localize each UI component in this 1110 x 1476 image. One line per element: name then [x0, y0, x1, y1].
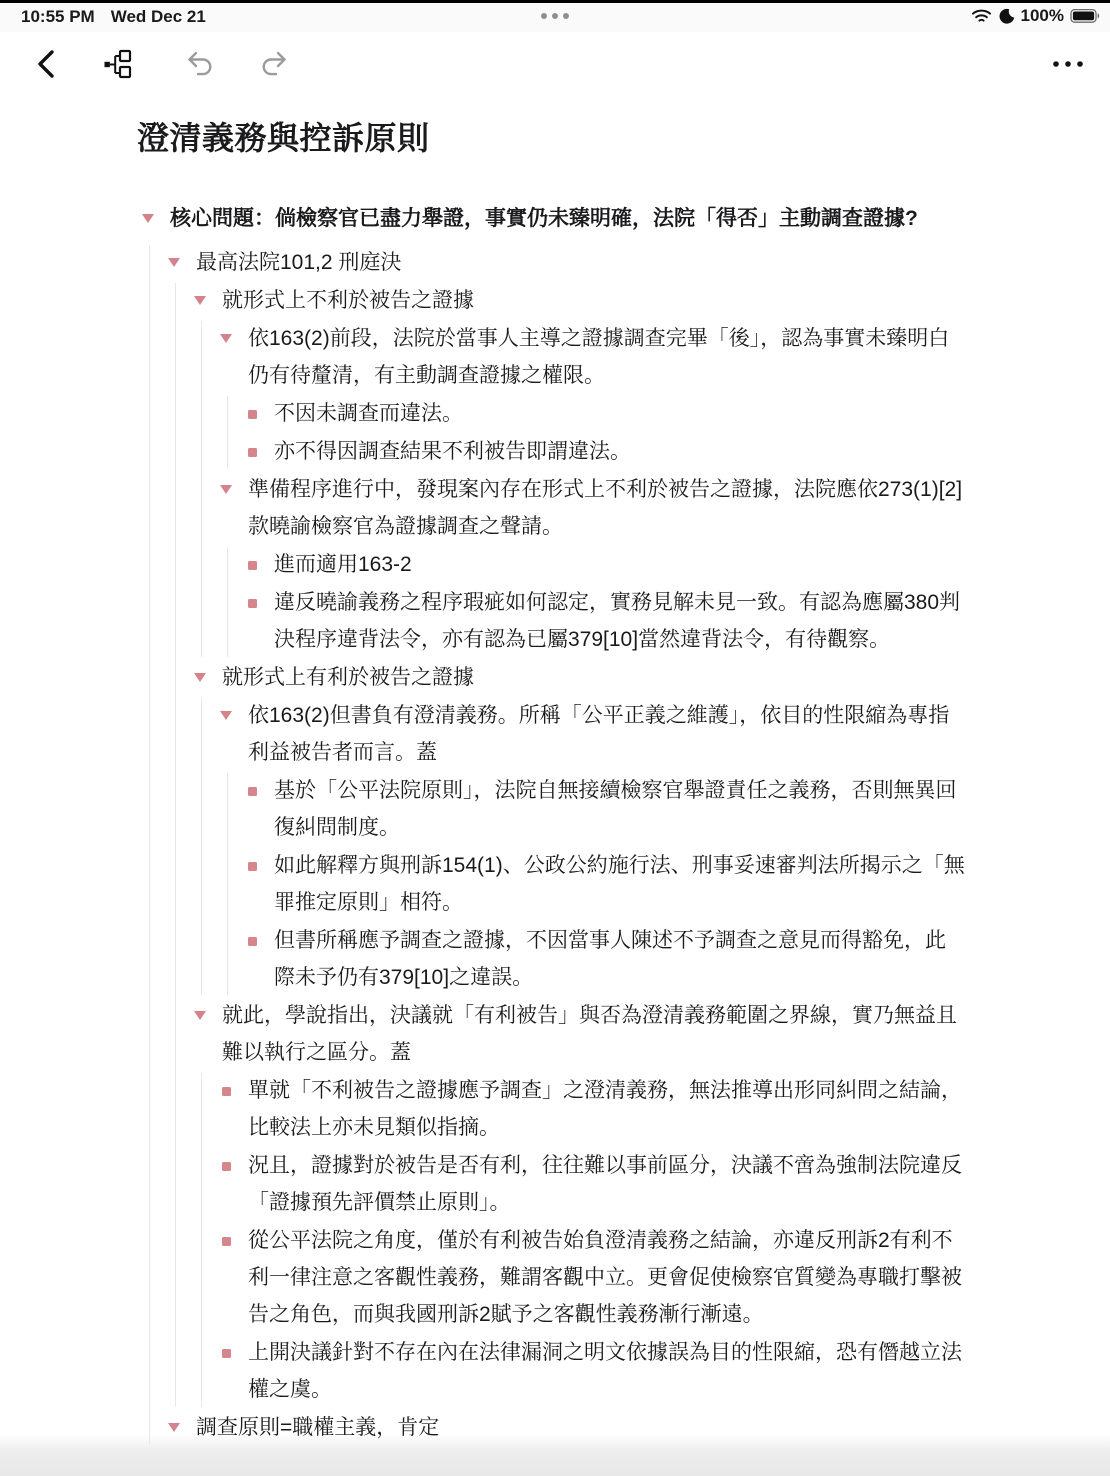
- outline-row[interactable]: 就形式上有利於被告之證據: [0, 659, 1110, 696]
- outline-children-group: 基於「公平法院原則」，法院自無接續檢察官舉證責任之義務，否則無異回復糾問制度。如…: [0, 772, 1110, 996]
- outline-row[interactable]: 就此，學說指出，決議就「有利被告」與否為澄清義務範圍之界線，實乃無益且難以執行之…: [0, 997, 1110, 1071]
- battery-icon: [1070, 8, 1101, 24]
- more-options-button[interactable]: [1048, 44, 1088, 84]
- outline-row[interactable]: 準備程序進行中，發現案內存在形式上不利於被告之證據，法院應依273(1)[2]款…: [0, 471, 1110, 545]
- disclosure-triangle-icon[interactable]: [220, 471, 234, 508]
- outline-row[interactable]: 不因未調查而違法。: [0, 395, 1110, 432]
- outline-row[interactable]: 基於「公平法院原則」，法院自無接續檢察官舉證責任之義務，否則無異回復糾問制度。: [0, 772, 1110, 846]
- disclosure-triangle-icon[interactable]: [194, 997, 208, 1034]
- status-bar: 10:55 PM Wed Dec 21 100%: [0, 0, 1110, 32]
- bullet-square-icon[interactable]: [246, 922, 260, 959]
- page-title[interactable]: 澄清義務與控訴原則: [137, 116, 965, 160]
- more-ellipsis-icon: [1051, 59, 1085, 69]
- outline-row[interactable]: 依163(2)前段，法院於當事人主導之證據調查完畢「後」，認為事實未臻明白仍有待…: [0, 320, 1110, 394]
- bullet-square-icon[interactable]: [220, 1147, 234, 1184]
- outline-children-group: 進而適用163-2違反曉諭義務之程序瑕疵如何認定，實務見解未見一致。有認為應屬3…: [0, 546, 1110, 658]
- outline: 核心問題：倘檢察官已盡力舉證，事實仍未臻明確，法院「得否」主動調查證據?最高法院…: [0, 200, 1110, 1446]
- disclosure-triangle-icon[interactable]: [194, 282, 208, 319]
- outline-row[interactable]: 核心問題：倘檢察官已盡力舉證，事實仍未臻明確，法院「得否」主動調查證據?: [0, 200, 1110, 237]
- outline-row[interactable]: 單就「不利被告之證據應予調查」之澄清義務，無法推導出形同糾問之結論，比較法上亦未…: [0, 1072, 1110, 1146]
- undo-button[interactable]: [180, 44, 220, 84]
- bullet-square-icon[interactable]: [246, 772, 260, 809]
- multitask-dots-icon[interactable]: [0, 13, 1110, 19]
- redo-icon: [259, 50, 289, 78]
- outline-row[interactable]: 況且，證據對於被告是否有利，往往難以事前區分，決議不啻為強制法院違反「證據預先評…: [0, 1147, 1110, 1221]
- outline-row[interactable]: 最高法院101,2 刑庭決: [0, 244, 1110, 281]
- disclosure-triangle-icon[interactable]: [168, 244, 182, 281]
- outline-item-text: 從公平法院之角度，僅於有利被告始負澄清義務之結論，亦違反刑訴2有利不利一律注意之…: [248, 1229, 962, 1326]
- bullet-square-icon[interactable]: [220, 1222, 234, 1259]
- outliner-app: 10:55 PM Wed Dec 21 100%: [0, 0, 1110, 1476]
- outline-row[interactable]: 從公平法院之角度，僅於有利被告始負澄清義務之結論，亦違反刑訴2有利不利一律注意之…: [0, 1222, 1110, 1333]
- outline-row[interactable]: 就形式上不利於被告之證據: [0, 282, 1110, 319]
- outline-item-text: 進而適用163-2: [274, 553, 412, 576]
- outline-children-group: 就形式上不利於被告之證據依163(2)前段，法院於當事人主導之證據調查完畢「後」…: [0, 282, 1110, 1408]
- outline-item-text: 就形式上有利於被告之證據: [222, 666, 474, 689]
- outline-item-text: 就形式上不利於被告之證據: [222, 289, 474, 312]
- bullet-square-icon[interactable]: [246, 546, 260, 583]
- outline-structure-icon: [103, 49, 133, 79]
- disclosure-triangle-icon[interactable]: [194, 659, 208, 696]
- outline-row[interactable]: 亦不得因調查結果不利被告即謂違法。: [0, 433, 1110, 470]
- outline-item-text: 準備程序進行中，發現案內存在形式上不利於被告之證據，法院應依273(1)[2]款…: [248, 478, 962, 538]
- bullet-square-icon[interactable]: [246, 395, 260, 432]
- disclosure-triangle-icon[interactable]: [142, 200, 156, 237]
- outline-row[interactable]: 進而適用163-2: [0, 546, 1110, 583]
- disclosure-triangle-icon[interactable]: [168, 1409, 182, 1446]
- outline-item-text: 如此解釋方與刑訴154(1)、公政公約施行法、刑事妥速審判法所揭示之「無罪推定原…: [274, 854, 965, 914]
- outline-row[interactable]: 違反曉諭義務之程序瑕疵如何認定，實務見解未見一致。有認為應屬380判決程序違背法…: [0, 584, 1110, 658]
- disclosure-triangle-icon[interactable]: [220, 697, 234, 734]
- battery-percent: 100%: [1021, 6, 1064, 26]
- outline-item-text: 上開決議針對不存在內在法律漏洞之明文依據誤為目的性限縮，恐有僭越立法權之虞。: [248, 1341, 962, 1401]
- outline-item-text: 亦不得因調查結果不利被告即謂違法。: [274, 440, 631, 463]
- bullet-square-icon[interactable]: [246, 847, 260, 884]
- outline-item-text: 最高法院101,2 刑庭決: [196, 251, 401, 274]
- outline-row[interactable]: 如此解釋方與刑訴154(1)、公政公約施行法、刑事妥速審判法所揭示之「無罪推定原…: [0, 847, 1110, 921]
- disclosure-triangle-icon[interactable]: [220, 320, 234, 357]
- outline-row[interactable]: 調查原則=職權主義，肯定: [0, 1409, 1110, 1446]
- outline-children-group: 單就「不利被告之證據應予調查」之澄清義務，無法推導出形同糾問之結論，比較法上亦未…: [0, 1072, 1110, 1408]
- outline-item-text: 基於「公平法院原則」，法院自無接續檢察官舉證責任之義務，否則無異回復糾問制度。: [274, 779, 957, 839]
- outline-item-text: 就此，學說指出，決議就「有利被告」與否為澄清義務範圍之界線，實乃無益且難以執行之…: [222, 1004, 957, 1064]
- bullet-square-icon[interactable]: [220, 1072, 234, 1109]
- bullet-square-icon[interactable]: [246, 433, 260, 470]
- undo-icon: [185, 50, 215, 78]
- outline-row[interactable]: 但書所稱應予調查之證據，不因當事人陳述不予調查之意見而得豁免，此際未予仍有379…: [0, 922, 1110, 996]
- wifi-icon: [971, 8, 992, 24]
- outline-children-group: 依163(2)但書負有澄清義務。所稱「公平正義之維護」，依目的性限縮為專指利益被…: [0, 697, 1110, 996]
- outline-children-group: 不因未調查而違法。亦不得因調查結果不利被告即謂違法。: [0, 395, 1110, 470]
- moon-icon: [998, 8, 1015, 25]
- outline-item-text: 況且，證據對於被告是否有利，往往難以事前區分，決議不啻為強制法院違反「證據預先評…: [248, 1154, 962, 1214]
- outline-item-text: 違反曉諭義務之程序瑕疵如何認定，實務見解未見一致。有認為應屬380判決程序違背法…: [274, 591, 960, 651]
- bullet-square-icon[interactable]: [246, 584, 260, 621]
- outline-row[interactable]: 依163(2)但書負有澄清義務。所稱「公平正義之維護」，依目的性限縮為專指利益被…: [0, 697, 1110, 771]
- outline-row[interactable]: 上開決議針對不存在內在法律漏洞之明文依據誤為目的性限縮，恐有僭越立法權之虞。: [0, 1334, 1110, 1408]
- outline-item-text: 不因未調查而違法。: [274, 402, 463, 425]
- outline-children-group: 依163(2)前段，法院於當事人主導之證據調查完畢「後」，認為事實未臻明白仍有待…: [0, 320, 1110, 658]
- outline-view-button[interactable]: [98, 44, 138, 84]
- toolbar: [0, 32, 1110, 94]
- outline-item-text: 調查原則=職權主義，肯定: [196, 1416, 439, 1439]
- outline-item-text: 依163(2)但書負有澄清義務。所稱「公平正義之維護」，依目的性限縮為專指利益被…: [248, 704, 949, 764]
- outline-item-text: 核心問題：倘檢察官已盡力舉證，事實仍未臻明確，法院「得否」主動調查證據?: [170, 207, 918, 230]
- outline-item-text: 單就「不利被告之證據應予調查」之澄清義務，無法推導出形同糾問之結論，比較法上亦未…: [248, 1079, 962, 1139]
- back-button[interactable]: [26, 44, 66, 84]
- redo-button[interactable]: [254, 44, 294, 84]
- outline-item-text: 依163(2)前段，法院於當事人主導之證據調查完畢「後」，認為事實未臻明白仍有待…: [248, 327, 949, 387]
- back-chevron-icon: [36, 49, 56, 79]
- bullet-square-icon[interactable]: [220, 1334, 234, 1371]
- outline-children-group: 最高法院101,2 刑庭決就形式上不利於被告之證據依163(2)前段，法院於當事…: [0, 244, 1110, 1446]
- outline-item-text: 但書所稱應予調查之證據，不因當事人陳述不予調查之意見而得豁免，此際未予仍有379…: [274, 929, 946, 989]
- screen-top-edge: [0, 0, 1110, 3]
